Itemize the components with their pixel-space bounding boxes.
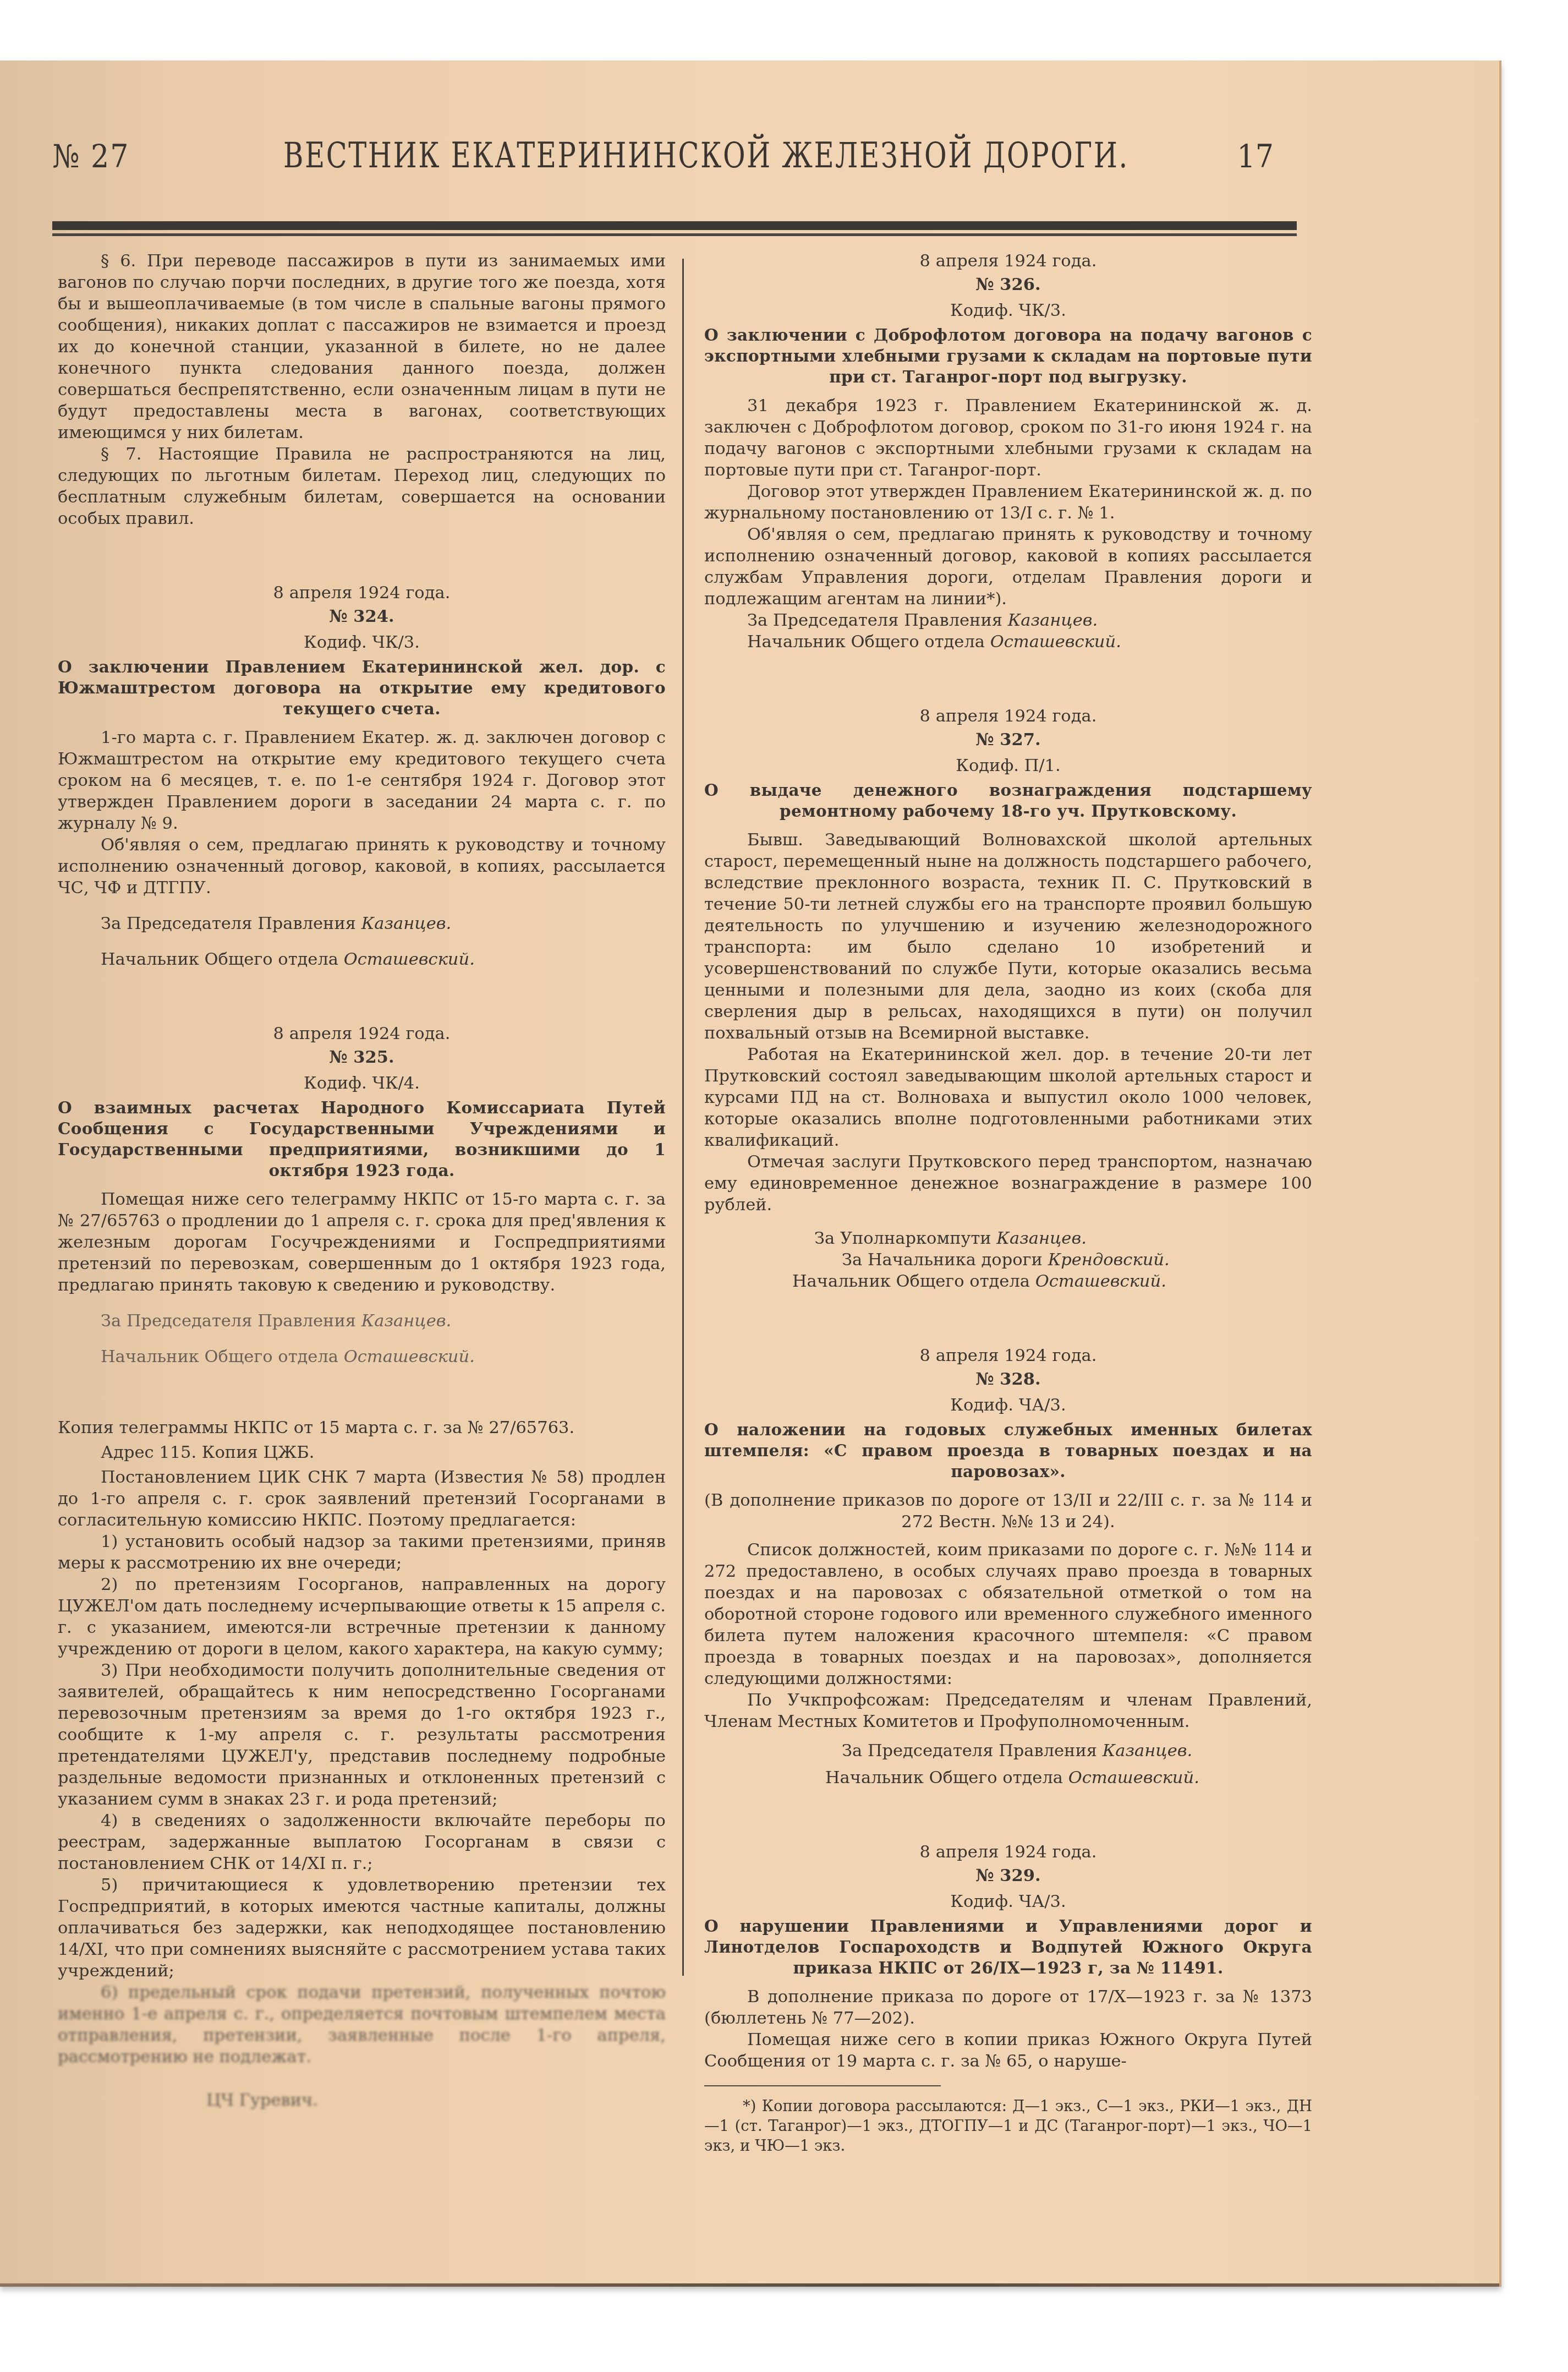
order-body-paragraph: Список должностей, коим приказами по дор… bbox=[704, 1539, 1312, 1690]
order-328: 8 апреля 1924 года. № 328. Кодиф. ЧА/3. … bbox=[704, 1345, 1312, 1789]
order-date: 8 апреля 1924 года. bbox=[58, 582, 666, 604]
column-divider bbox=[682, 259, 684, 1976]
signature-line: Начальник Общего отдела Осташевский. bbox=[58, 949, 666, 970]
signature-line: За Председателя Правления Казанцев. bbox=[704, 1740, 1312, 1762]
signatory-name: Казанцев. bbox=[361, 1311, 451, 1331]
order-date: 8 апреля 1924 года. bbox=[58, 1023, 666, 1045]
telegram-item: 5) причитающиеся к удовлетворению претен… bbox=[58, 1874, 666, 1982]
order-title: О заключении Правлением Екатерининской ж… bbox=[58, 657, 666, 719]
page-header: № 27 ВЕСТНИК ЕКАТЕРИНИНСКОЙ ЖЕЛЕЗНОЙ ДОР… bbox=[52, 132, 1296, 182]
telegram-item: 6) предельный срок подачи претензий, пол… bbox=[58, 1982, 666, 2068]
signatory-name: Осташевский. bbox=[990, 632, 1121, 652]
order-body-paragraph: Помещая ниже сего телеграмму НКПС от 15-… bbox=[58, 1189, 666, 1296]
order-codification: Кодиф. ЧА/3. bbox=[704, 1395, 1312, 1416]
signature-line: За Начальника дороги Крендовский. bbox=[704, 1249, 1312, 1271]
header-rule-thick bbox=[52, 221, 1297, 230]
order-body-paragraph: 1-го марта с. г. Правлением Екатер. ж. д… bbox=[58, 727, 666, 834]
order-codification: Кодиф. П/1. bbox=[704, 755, 1312, 777]
order-number: № 328. bbox=[704, 1369, 1312, 1390]
signature-line: Начальник Общего отдела Осташевский. bbox=[704, 1271, 1312, 1292]
telegram-item: 2) по претензиям Госорганов, направленны… bbox=[58, 1574, 666, 1660]
order-body-paragraph: 31 декабря 1923 г. Правлением Екатеринин… bbox=[704, 395, 1312, 481]
signature-line: Начальник Общего отдела Осташевский. bbox=[704, 631, 1312, 653]
telegram-signature: ЦЧ Гуревич. bbox=[58, 2090, 666, 2111]
footnote: *) Копии договора рассылаются: Д—1 экз.,… bbox=[704, 2096, 1312, 2156]
telegram-item: 3) При необходимости получить дополнител… bbox=[58, 1660, 666, 1810]
header-rule-thin bbox=[52, 233, 1297, 236]
order-body-paragraph: Бывш. Заведывающий Волновахской школой а… bbox=[704, 829, 1312, 1044]
order-325: 8 апреля 1924 года. № 325. Кодиф. ЧК/4. … bbox=[58, 1023, 666, 1368]
order-note: (В дополнение приказов по дороге от 13/I… bbox=[704, 1490, 1312, 1533]
order-number: № 326. bbox=[704, 274, 1312, 296]
telegram-intro: Постановлением ЦИК СНК 7 марта (Известия… bbox=[58, 1467, 666, 1531]
order-body-paragraph: Об'являя о сем, предлагаю принять к руко… bbox=[58, 834, 666, 899]
order-codification: Кодиф. ЧК/4. bbox=[58, 1073, 666, 1094]
telegram-heading: Копия телеграммы НКПС от 15 марта с. г. … bbox=[58, 1417, 666, 1439]
left-column: § 6. При переводе пассажиров в пути из з… bbox=[58, 250, 666, 2111]
order-title: О выдаче денежного вознаграждения подста… bbox=[704, 780, 1312, 822]
order-body-paragraph: Договор этот утвержден Правлением Екатер… bbox=[704, 481, 1312, 524]
footnote-rule bbox=[704, 2085, 941, 2086]
signature-line: Начальник Общего отдела Осташевский. bbox=[704, 1767, 1312, 1789]
order-327: 8 апреля 1924 года. № 327. Кодиф. П/1. О… bbox=[704, 706, 1312, 1292]
rules-paragraph-6: § 6. При переводе пассажиров в пути из з… bbox=[58, 250, 666, 444]
order-title: О заключении с Доброфлотом договора на п… bbox=[704, 325, 1312, 387]
signatory-name: Осташевский. bbox=[344, 950, 475, 969]
order-number: № 327. bbox=[704, 729, 1312, 751]
signatory-name: Крендовский. bbox=[1048, 1250, 1170, 1270]
order-codification: Кодиф. ЧА/3. bbox=[704, 1891, 1312, 1912]
telegram-item: 1) установить особый надзор за такими пр… bbox=[58, 1531, 666, 1574]
rules-paragraph-7: § 7. Настоящие Правила не распространяют… bbox=[58, 444, 666, 529]
order-324: 8 апреля 1924 года. № 324. Кодиф. ЧК/3. … bbox=[58, 582, 666, 970]
signatory-name: Казанцев. bbox=[1103, 1741, 1192, 1761]
order-number: № 325. bbox=[58, 1047, 666, 1068]
signatory-name: Казанцев. bbox=[1008, 611, 1098, 630]
order-codification: Кодиф. ЧК/3. bbox=[704, 300, 1312, 321]
signatory-name: Казанцев. bbox=[361, 914, 451, 933]
order-title: О наложении на годовых служебных именных… bbox=[704, 1419, 1312, 1482]
order-date: 8 апреля 1924 года. bbox=[704, 1841, 1312, 1863]
order-body-paragraph: Работая на Екатерининской жел. дор. в те… bbox=[704, 1044, 1312, 1151]
telegram-copy: Копия телеграммы НКПС от 15 марта с. г. … bbox=[58, 1417, 666, 2111]
signatory-name: Осташевский. bbox=[1035, 1272, 1166, 1291]
signature-line: За Председателя Правления Казанцев. bbox=[704, 610, 1312, 631]
signature-line: Начальник Общего отдела Осташевский. bbox=[58, 1346, 666, 1368]
telegram-address: Адрес 115. Копия ЦЖБ. bbox=[58, 1442, 666, 1463]
order-body-paragraph: Помещая ниже сего в копии приказ Южного … bbox=[704, 2029, 1312, 2072]
issue-number: № 27 bbox=[52, 138, 129, 175]
order-body-paragraph: Об'являя о сем, предлагаю принять к руко… bbox=[704, 524, 1312, 610]
order-title: О взаимных расчетах Народного Комиссариа… bbox=[58, 1097, 666, 1181]
order-326: 8 апреля 1924 года. № 326. Кодиф. ЧК/3. … bbox=[704, 250, 1312, 653]
order-date: 8 апреля 1924 года. bbox=[704, 706, 1312, 727]
order-date: 8 апреля 1924 года. bbox=[704, 1345, 1312, 1367]
order-title: О нарушении Правлениями и Управлениями д… bbox=[704, 1916, 1312, 1979]
order-body-paragraph: Отмечая заслуги Прутковского перед транс… bbox=[704, 1151, 1312, 1216]
order-codification: Кодиф. ЧК/3. bbox=[58, 632, 666, 653]
page-number: 17 bbox=[1237, 138, 1274, 175]
order-329: 8 апреля 1924 года. № 329. Кодиф. ЧА/3. … bbox=[704, 1841, 1312, 2072]
signature-line: За Уполнаркомпути Казанцев. bbox=[704, 1228, 1312, 1249]
right-column: 8 апреля 1924 года. № 326. Кодиф. ЧК/3. … bbox=[704, 250, 1312, 2156]
signatory-name: Осташевский. bbox=[1068, 1768, 1199, 1788]
publication-title: ВЕСТНИК ЕКАТЕРИНИНСКОЙ ЖЕЛЕЗНОЙ ДОРОГИ. bbox=[283, 135, 1129, 176]
signature-line: За Председателя Правления Казанцев. bbox=[58, 913, 666, 934]
order-number: № 329. bbox=[704, 1865, 1312, 1887]
signatory-name: Казанцев. bbox=[996, 1229, 1086, 1248]
signature-line: За Председателя Правления Казанцев. bbox=[58, 1310, 666, 1332]
order-number: № 324. bbox=[58, 606, 666, 627]
order-body-paragraph: По Учкпрофсожам: Председателям и членам … bbox=[704, 1690, 1312, 1732]
signatory-name: Осташевский. bbox=[344, 1347, 475, 1367]
order-body-paragraph: В дополнение приказа по дороге от 17/X—1… bbox=[704, 1986, 1312, 2029]
telegram-item: 4) в сведениях о задолженности включайте… bbox=[58, 1810, 666, 1874]
order-date: 8 апреля 1924 года. bbox=[704, 250, 1312, 272]
